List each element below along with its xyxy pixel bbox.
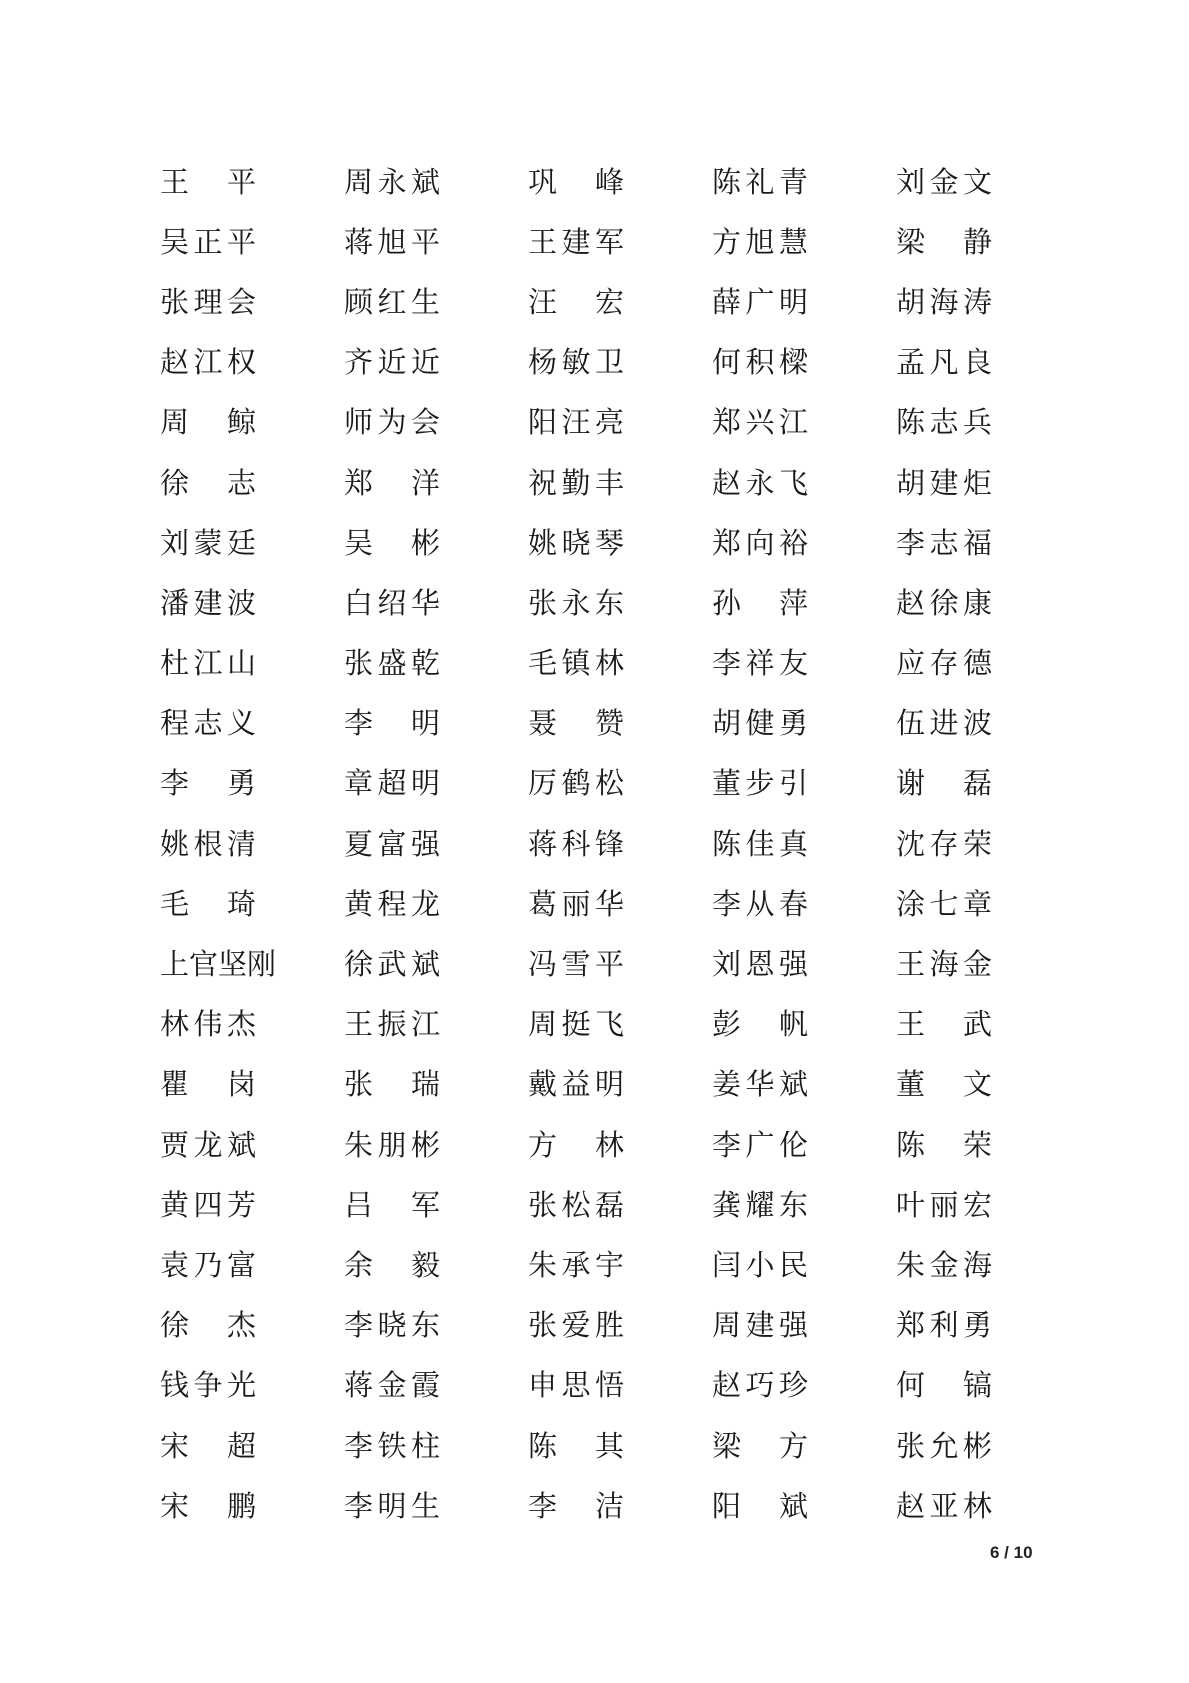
- person-name: 蒋科锋: [528, 822, 624, 863]
- person-name: 周挺飞: [528, 1002, 624, 1043]
- name-row: 贾龙斌朱朋彬方 林李广伦陈 荣: [160, 1113, 1000, 1173]
- name-cell: 张理会: [160, 280, 344, 321]
- person-name: 陈礼青: [712, 160, 808, 201]
- name-cell: 薛广明: [712, 280, 896, 321]
- person-name: 方 林: [528, 1123, 624, 1164]
- name-cell: 刘蒙廷: [160, 521, 344, 562]
- person-name: 王 武: [896, 1002, 992, 1043]
- person-name: 郑利勇: [896, 1303, 992, 1344]
- person-name: 张永东: [528, 581, 624, 622]
- name-cell: 徐 志: [160, 461, 344, 502]
- person-name: 袁乃富: [160, 1243, 256, 1284]
- name-cell: 郑利勇: [896, 1303, 996, 1344]
- person-name: 周永斌: [344, 160, 440, 201]
- person-name: 李 勇: [160, 761, 256, 802]
- person-name: 刘金文: [896, 160, 992, 201]
- person-name: 白绍华: [344, 581, 440, 622]
- person-name: 李 明: [344, 701, 440, 742]
- name-cell: 聂 赞: [528, 701, 712, 742]
- person-name: 刘蒙廷: [160, 521, 256, 562]
- name-cell: 赵徐康: [896, 581, 996, 622]
- person-name: 周 鲸: [160, 400, 256, 441]
- person-name: 潘建波: [160, 581, 256, 622]
- name-row: 潘建波白绍华张永东孙 萍赵徐康: [160, 571, 1000, 631]
- person-name: 陈佳真: [712, 822, 808, 863]
- name-cell: 涂七章: [896, 882, 996, 923]
- name-row: 周 鲸师为会阳汪亮郑兴江陈志兵: [160, 391, 1000, 451]
- person-name: 申思悟: [528, 1363, 624, 1404]
- name-row: 姚根清夏富强蒋科锋陈佳真沈存荣: [160, 812, 1000, 872]
- person-name: 蒋旭平: [344, 220, 440, 261]
- person-name: 朱金海: [896, 1243, 992, 1284]
- name-row: 刘蒙廷吴 彬姚晓琴郑向裕李志福: [160, 511, 1000, 571]
- name-cell: 何 镐: [896, 1363, 996, 1404]
- person-name: 董 文: [896, 1062, 992, 1103]
- name-cell: 冯雪平: [528, 942, 712, 983]
- name-cell: 章超明: [344, 761, 528, 802]
- person-name: 朱朋彬: [344, 1123, 440, 1164]
- name-row: 黄四芳吕 军张松磊龚耀东叶丽宏: [160, 1173, 1000, 1233]
- name-cell: 贾龙斌: [160, 1123, 344, 1164]
- person-name: 吴正平: [160, 220, 256, 261]
- name-cell: 周建强: [712, 1303, 896, 1344]
- person-name: 宋 鹏: [160, 1484, 256, 1525]
- name-row: 徐 杰李晓东张爱胜周建强郑利勇: [160, 1294, 1000, 1354]
- person-name: 张理会: [160, 280, 256, 321]
- person-name: 赵巧珍: [712, 1363, 808, 1404]
- person-name: 叶丽宏: [896, 1183, 992, 1224]
- name-cell: 沈存荣: [896, 822, 996, 863]
- person-name: 陈 其: [528, 1424, 624, 1465]
- name-cell: 阳汪亮: [528, 400, 712, 441]
- name-cell: 李 洁: [528, 1484, 712, 1525]
- name-cell: 徐武斌: [344, 942, 528, 983]
- person-name: 徐武斌: [344, 942, 440, 983]
- name-cell: 蒋旭平: [344, 220, 528, 261]
- person-name: 彭 帆: [712, 1002, 808, 1043]
- name-cell: 徐 杰: [160, 1303, 344, 1344]
- name-cell: 夏富强: [344, 822, 528, 863]
- person-name: 黄四芳: [160, 1183, 256, 1224]
- person-name: 刘恩强: [712, 942, 808, 983]
- name-cell: 李祥友: [712, 641, 896, 682]
- name-cell: 李 明: [344, 701, 528, 742]
- person-name: 方旭慧: [712, 220, 808, 261]
- person-name: 瞿 岗: [160, 1062, 256, 1103]
- name-cell: 陈佳真: [712, 822, 896, 863]
- name-row: 袁乃富余 毅朱承宇闫小民朱金海: [160, 1233, 1000, 1293]
- person-name: 李志福: [896, 521, 992, 562]
- name-row: 吴正平蒋旭平王建军方旭慧梁 静: [160, 210, 1000, 270]
- person-name: 姚根清: [160, 822, 256, 863]
- person-name: 王海金: [896, 942, 992, 983]
- name-cell: 李志福: [896, 521, 996, 562]
- person-name: 应存德: [896, 641, 992, 682]
- person-name: 胡海涛: [896, 280, 992, 321]
- name-cell: 祝勤丰: [528, 461, 712, 502]
- name-cell: 戴益明: [528, 1062, 712, 1103]
- name-cell: 李从春: [712, 882, 896, 923]
- name-cell: 申思悟: [528, 1363, 712, 1404]
- name-cell: 伍进波: [896, 701, 996, 742]
- person-name: 梁 静: [896, 220, 992, 261]
- person-name: 李广伦: [712, 1123, 808, 1164]
- person-name: 聂 赞: [528, 701, 624, 742]
- name-cell: 王振江: [344, 1002, 528, 1043]
- person-name: 杨敏卫: [528, 340, 624, 381]
- person-name: 徐 志: [160, 461, 256, 502]
- name-list-grid: 王 平周永斌巩 峰陈礼青刘金文吴正平蒋旭平王建军方旭慧梁 静张理会顾红生汪 宏薛…: [160, 150, 1000, 1534]
- person-name: 谢 磊: [896, 761, 992, 802]
- name-cell: 姜华斌: [712, 1062, 896, 1103]
- name-cell: 李铁柱: [344, 1424, 528, 1465]
- person-name: 王振江: [344, 1002, 440, 1043]
- name-cell: 阳 斌: [712, 1484, 896, 1525]
- name-cell: 朱金海: [896, 1243, 996, 1284]
- name-cell: 应存德: [896, 641, 996, 682]
- name-cell: 陈 其: [528, 1424, 712, 1465]
- person-name: 徐 杰: [160, 1303, 256, 1344]
- name-cell: 周 鲸: [160, 400, 344, 441]
- name-cell: 郑向裕: [712, 521, 896, 562]
- name-cell: 李明生: [344, 1484, 528, 1525]
- name-cell: 瞿 岗: [160, 1062, 344, 1103]
- name-cell: 梁 静: [896, 220, 996, 261]
- name-cell: 方旭慧: [712, 220, 896, 261]
- person-name: 薛广明: [712, 280, 808, 321]
- name-cell: 吴 彬: [344, 521, 528, 562]
- name-cell: 王 平: [160, 160, 344, 201]
- person-name: 齐近近: [344, 340, 440, 381]
- person-name: 李 洁: [528, 1484, 624, 1525]
- name-cell: 赵巧珍: [712, 1363, 896, 1404]
- name-cell: 葛丽华: [528, 882, 712, 923]
- person-name: 夏富强: [344, 822, 440, 863]
- person-name: 涂七章: [896, 882, 992, 923]
- name-cell: 顾红生: [344, 280, 528, 321]
- page-number: 6 / 10: [990, 1543, 1033, 1563]
- person-name: 龚耀东: [712, 1183, 808, 1224]
- person-name: 郑兴江: [712, 400, 808, 441]
- person-name: 林伟杰: [160, 1002, 256, 1043]
- name-cell: 张爱胜: [528, 1303, 712, 1344]
- name-cell: 余 毅: [344, 1243, 528, 1284]
- name-row: 赵江权齐近近杨敏卫何积樑孟凡良: [160, 331, 1000, 391]
- person-name: 章超明: [344, 761, 440, 802]
- name-cell: 王海金: [896, 942, 996, 983]
- person-name: 何积樑: [712, 340, 808, 381]
- person-name: 吴 彬: [344, 521, 440, 562]
- name-cell: 陈志兵: [896, 400, 996, 441]
- name-cell: 毛镇林: [528, 641, 712, 682]
- name-row: 上官坚刚徐武斌冯雪平刘恩强王海金: [160, 932, 1000, 992]
- person-name: 上官坚刚: [160, 942, 256, 983]
- name-cell: 白绍华: [344, 581, 528, 622]
- person-name: 张盛乾: [344, 641, 440, 682]
- person-name: 蒋金霞: [344, 1363, 440, 1404]
- person-name: 胡健勇: [712, 701, 808, 742]
- person-name: 赵亚林: [896, 1484, 992, 1525]
- person-name: 郑向裕: [712, 521, 808, 562]
- name-cell: 彭 帆: [712, 1002, 896, 1043]
- name-cell: 张永东: [528, 581, 712, 622]
- person-name: 赵徐康: [896, 581, 992, 622]
- name-cell: 姚晓琴: [528, 521, 712, 562]
- person-name: 姜华斌: [712, 1062, 808, 1103]
- name-cell: 钱争光: [160, 1363, 344, 1404]
- name-cell: 姚根清: [160, 822, 344, 863]
- name-row: 王 平周永斌巩 峰陈礼青刘金文: [160, 150, 1000, 210]
- name-cell: 袁乃富: [160, 1243, 344, 1284]
- document-page: 王 平周永斌巩 峰陈礼青刘金文吴正平蒋旭平王建军方旭慧梁 静张理会顾红生汪 宏薛…: [0, 0, 1189, 1683]
- name-cell: 陈礼青: [712, 160, 896, 201]
- name-cell: 朱承宇: [528, 1243, 712, 1284]
- name-cell: 张允彬: [896, 1424, 996, 1465]
- person-name: 程志义: [160, 701, 256, 742]
- name-cell: 李晓东: [344, 1303, 528, 1344]
- name-cell: 闫小民: [712, 1243, 896, 1284]
- name-cell: 张松磊: [528, 1183, 712, 1224]
- name-cell: 梁 方: [712, 1424, 896, 1465]
- person-name: 李祥友: [712, 641, 808, 682]
- person-name: 孙 萍: [712, 581, 808, 622]
- name-cell: 蒋科锋: [528, 822, 712, 863]
- name-cell: 方 林: [528, 1123, 712, 1164]
- person-name: 张 瑞: [344, 1062, 440, 1103]
- person-name: 戴益明: [528, 1062, 624, 1103]
- person-name: 冯雪平: [528, 942, 624, 983]
- person-name: 张允彬: [896, 1424, 992, 1465]
- person-name: 余 毅: [344, 1243, 440, 1284]
- name-cell: 李 勇: [160, 761, 344, 802]
- name-cell: 周永斌: [344, 160, 528, 201]
- person-name: 王 平: [160, 160, 256, 201]
- name-cell: 王建军: [528, 220, 712, 261]
- person-name: 沈存荣: [896, 822, 992, 863]
- name-cell: 黄程龙: [344, 882, 528, 923]
- person-name: 师为会: [344, 400, 440, 441]
- name-cell: 董 文: [896, 1062, 996, 1103]
- person-name: 毛 琦: [160, 882, 256, 923]
- name-row: 杜江山张盛乾毛镇林李祥友应存德: [160, 632, 1000, 692]
- person-name: 姚晓琴: [528, 521, 624, 562]
- name-cell: 张 瑞: [344, 1062, 528, 1103]
- person-name: 葛丽华: [528, 882, 624, 923]
- name-cell: 林伟杰: [160, 1002, 344, 1043]
- name-cell: 黄四芳: [160, 1183, 344, 1224]
- person-name: 贾龙斌: [160, 1123, 256, 1164]
- person-name: 孟凡良: [896, 340, 992, 381]
- person-name: 杜江山: [160, 641, 256, 682]
- person-name: 朱承宇: [528, 1243, 624, 1284]
- name-row: 毛 琦黄程龙葛丽华李从春涂七章: [160, 872, 1000, 932]
- name-row: 宋 鹏李明生李 洁阳 斌赵亚林: [160, 1474, 1000, 1534]
- name-cell: 吕 军: [344, 1183, 528, 1224]
- name-cell: 厉鹤松: [528, 761, 712, 802]
- name-cell: 胡海涛: [896, 280, 996, 321]
- name-cell: 蒋金霞: [344, 1363, 528, 1404]
- name-cell: 董步引: [712, 761, 896, 802]
- name-cell: 汪 宏: [528, 280, 712, 321]
- name-cell: 孟凡良: [896, 340, 996, 381]
- person-name: 黄程龙: [344, 882, 440, 923]
- person-name: 吕 军: [344, 1183, 440, 1224]
- person-name: 董步引: [712, 761, 808, 802]
- name-cell: 郑兴江: [712, 400, 896, 441]
- person-name: 何 镐: [896, 1363, 992, 1404]
- name-cell: 龚耀东: [712, 1183, 896, 1224]
- person-name: 李铁柱: [344, 1424, 440, 1465]
- name-cell: 李广伦: [712, 1123, 896, 1164]
- name-cell: 叶丽宏: [896, 1183, 996, 1224]
- name-cell: 胡健勇: [712, 701, 896, 742]
- person-name: 陈 荣: [896, 1123, 992, 1164]
- name-cell: 王 武: [896, 1002, 996, 1043]
- name-cell: 杨敏卫: [528, 340, 712, 381]
- person-name: 毛镇林: [528, 641, 624, 682]
- person-name: 张松磊: [528, 1183, 624, 1224]
- name-cell: 周挺飞: [528, 1002, 712, 1043]
- name-cell: 孙 萍: [712, 581, 896, 622]
- name-cell: 何积樑: [712, 340, 896, 381]
- name-cell: 杜江山: [160, 641, 344, 682]
- name-cell: 潘建波: [160, 581, 344, 622]
- name-row: 林伟杰王振江周挺飞彭 帆王 武: [160, 993, 1000, 1053]
- person-name: 阳 斌: [712, 1484, 808, 1525]
- person-name: 祝勤丰: [528, 461, 624, 502]
- person-name: 张爱胜: [528, 1303, 624, 1344]
- name-cell: 张盛乾: [344, 641, 528, 682]
- name-cell: 宋 鹏: [160, 1484, 344, 1525]
- person-name: 钱争光: [160, 1363, 256, 1404]
- name-row: 钱争光蒋金霞申思悟赵巧珍何 镐: [160, 1354, 1000, 1414]
- name-cell: 朱朋彬: [344, 1123, 528, 1164]
- name-cell: 齐近近: [344, 340, 528, 381]
- person-name: 顾红生: [344, 280, 440, 321]
- name-row: 李 勇章超明厉鹤松董步引谢 磊: [160, 752, 1000, 812]
- person-name: 周建强: [712, 1303, 808, 1344]
- name-cell: 赵亚林: [896, 1484, 996, 1525]
- person-name: 赵永飞: [712, 461, 808, 502]
- name-cell: 师为会: [344, 400, 528, 441]
- name-cell: 刘金文: [896, 160, 996, 201]
- person-name: 闫小民: [712, 1243, 808, 1284]
- person-name: 郑 洋: [344, 461, 440, 502]
- name-row: 张理会顾红生汪 宏薛广明胡海涛: [160, 270, 1000, 330]
- name-cell: 赵永飞: [712, 461, 896, 502]
- name-cell: 赵江权: [160, 340, 344, 381]
- person-name: 汪 宏: [528, 280, 624, 321]
- name-cell: 谢 磊: [896, 761, 996, 802]
- person-name: 巩 峰: [528, 160, 624, 201]
- person-name: 陈志兵: [896, 400, 992, 441]
- name-cell: 程志义: [160, 701, 344, 742]
- person-name: 胡建炬: [896, 461, 992, 502]
- name-cell: 胡建炬: [896, 461, 996, 502]
- name-cell: 刘恩强: [712, 942, 896, 983]
- name-cell: 毛 琦: [160, 882, 344, 923]
- person-name: 伍进波: [896, 701, 992, 742]
- person-name: 梁 方: [712, 1424, 808, 1465]
- name-cell: 吴正平: [160, 220, 344, 261]
- name-cell: 陈 荣: [896, 1123, 996, 1164]
- name-row: 徐 志郑 洋祝勤丰赵永飞胡建炬: [160, 451, 1000, 511]
- name-cell: 郑 洋: [344, 461, 528, 502]
- person-name: 厉鹤松: [528, 761, 624, 802]
- name-cell: 巩 峰: [528, 160, 712, 201]
- person-name: 宋 超: [160, 1424, 256, 1465]
- person-name: 李从春: [712, 882, 808, 923]
- person-name: 王建军: [528, 220, 624, 261]
- person-name: 赵江权: [160, 340, 256, 381]
- name-cell: 宋 超: [160, 1424, 344, 1465]
- person-name: 李晓东: [344, 1303, 440, 1344]
- name-row: 瞿 岗张 瑞戴益明姜华斌董 文: [160, 1053, 1000, 1113]
- name-cell: 上官坚刚: [160, 942, 344, 983]
- name-row: 程志义李 明聂 赞胡健勇伍进波: [160, 692, 1000, 752]
- person-name: 阳汪亮: [528, 400, 624, 441]
- person-name: 李明生: [344, 1484, 440, 1525]
- name-row: 宋 超李铁柱陈 其梁 方张允彬: [160, 1414, 1000, 1474]
